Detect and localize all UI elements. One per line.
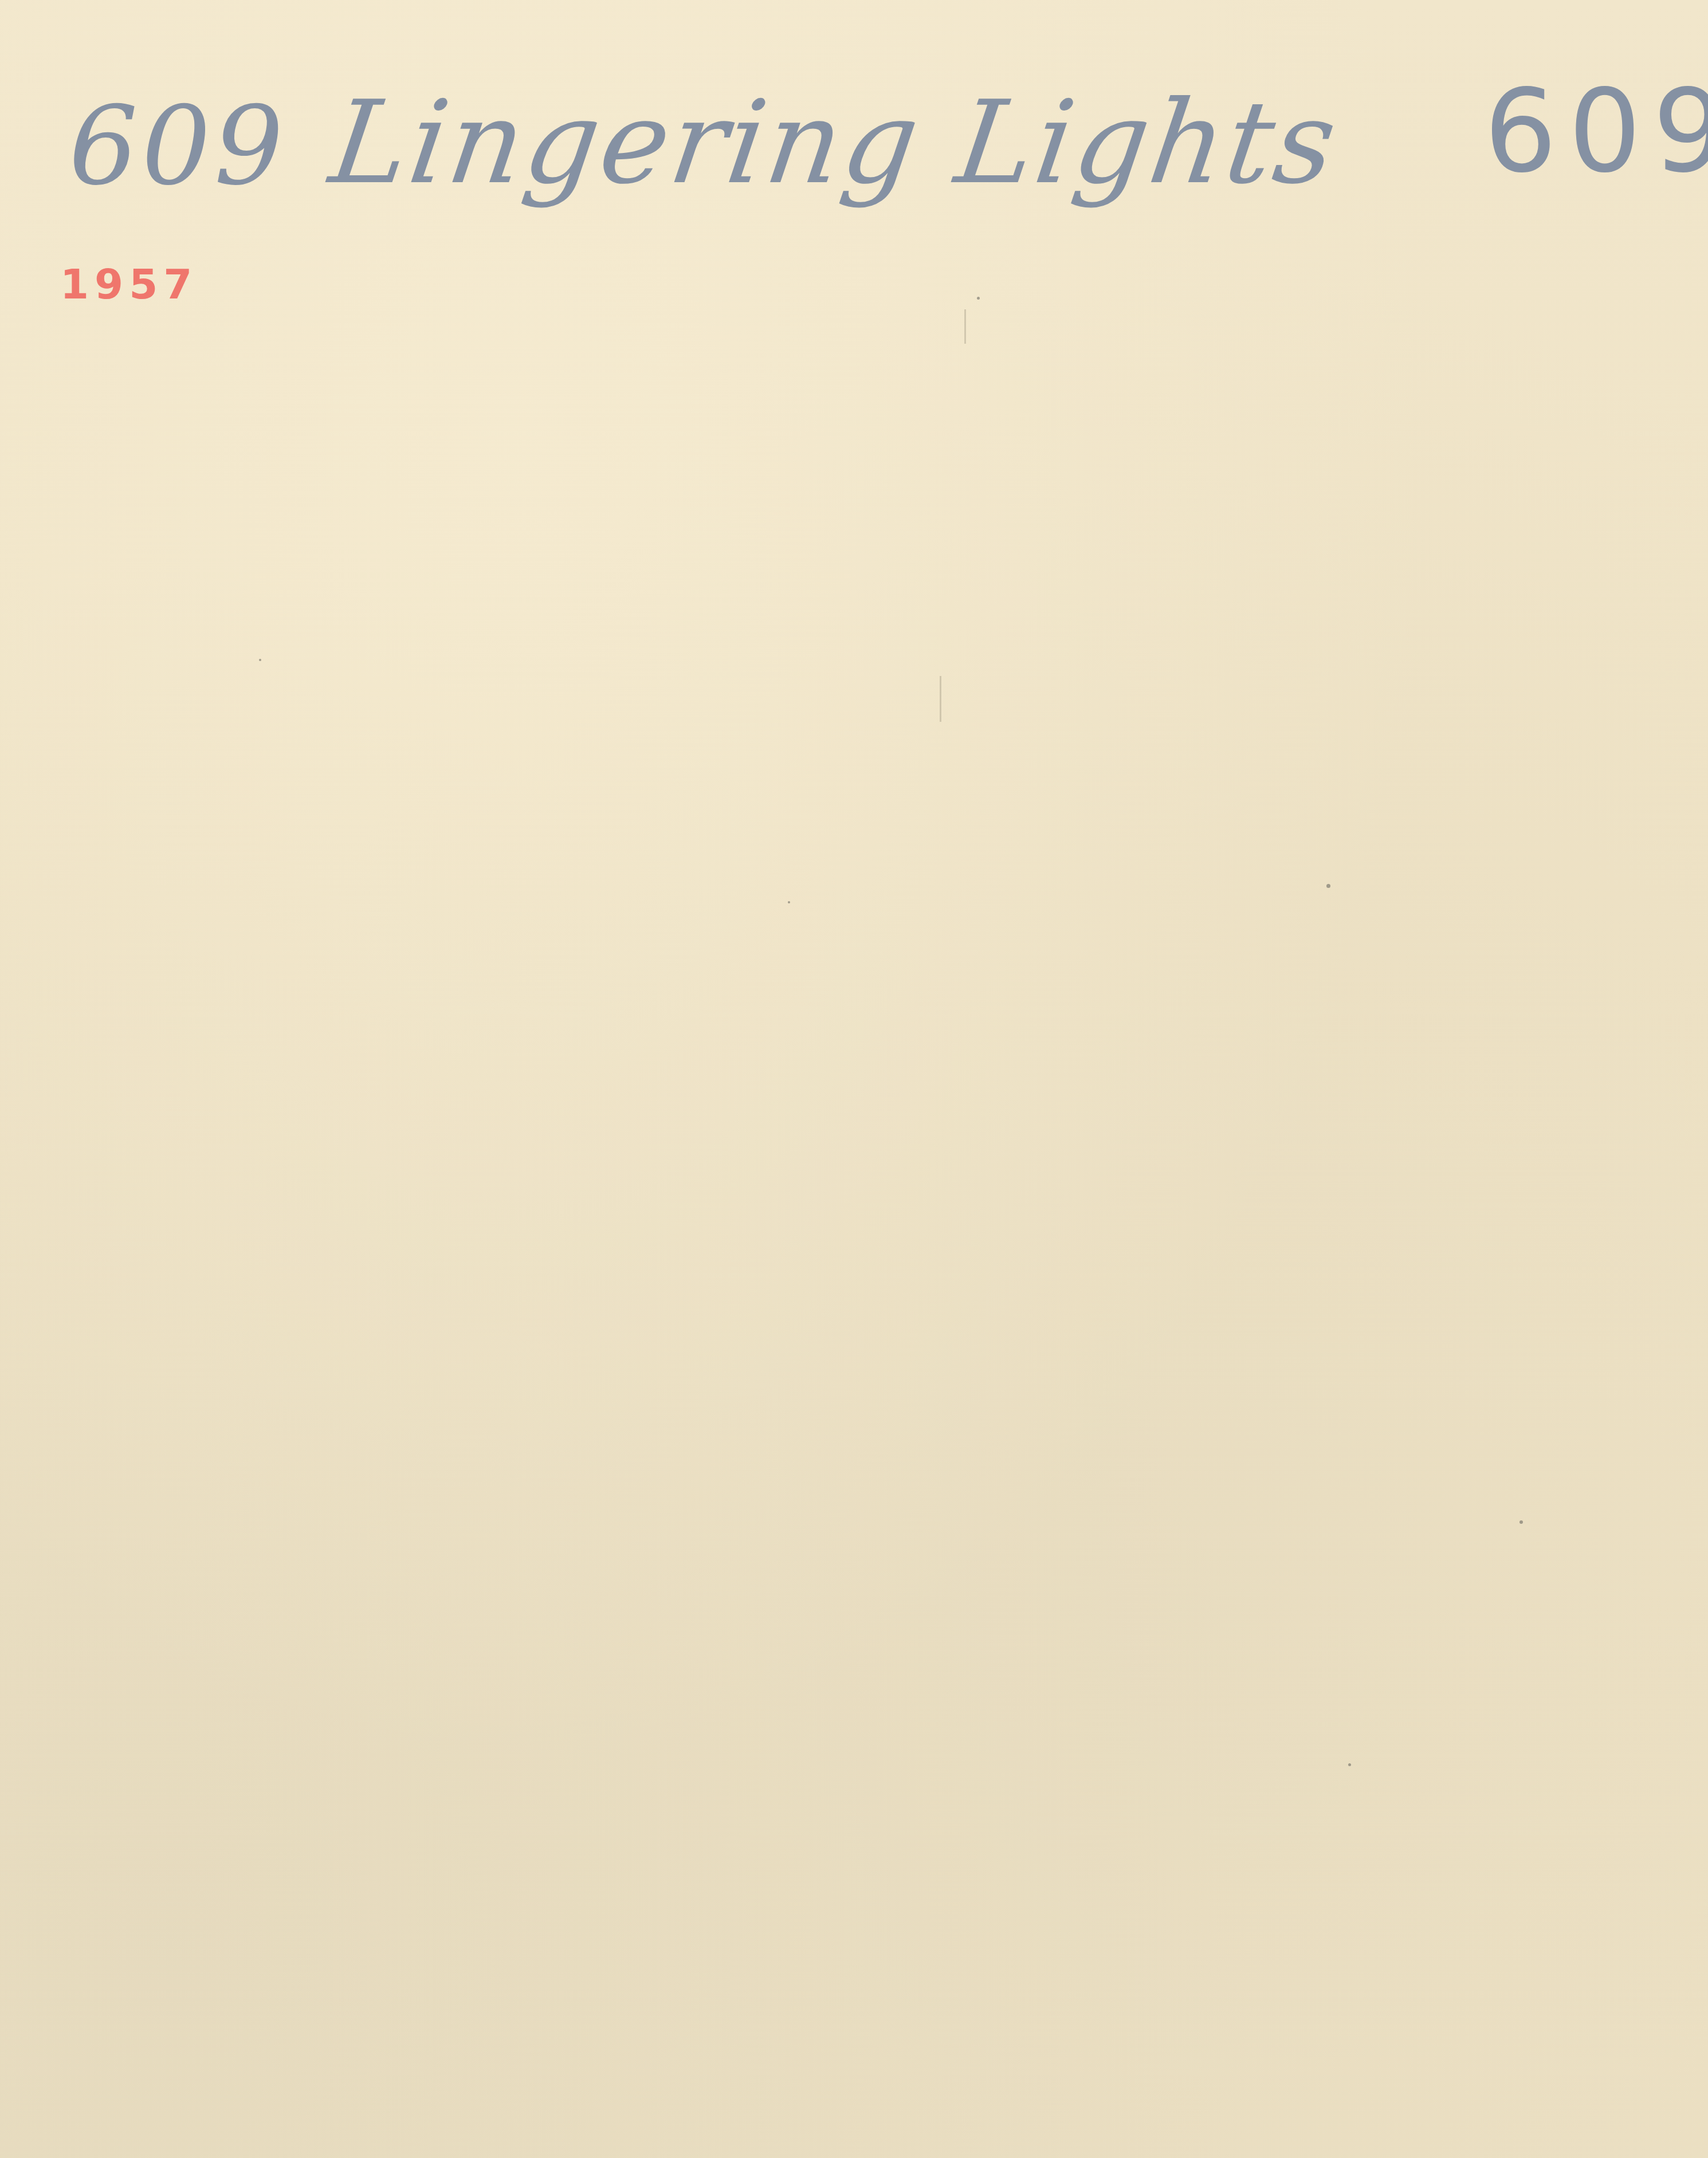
catalog-number-right: 609 (1484, 74, 1708, 189)
paper-speck (977, 297, 980, 300)
paper-speck (1326, 884, 1330, 888)
catalog-number-left: 609 (69, 92, 287, 201)
document-title: Lingering Lights (324, 86, 1345, 201)
paper-speck (1519, 1520, 1523, 1524)
paper-speck (1348, 1763, 1351, 1766)
year-annotation: 1957 (60, 264, 198, 305)
paper-mark (964, 309, 966, 344)
paper-speck (259, 659, 261, 661)
paper-mark (940, 676, 941, 722)
paper-speck (788, 901, 790, 903)
document-page: 609 Lingering Lights 609 1957 (0, 0, 1708, 2158)
